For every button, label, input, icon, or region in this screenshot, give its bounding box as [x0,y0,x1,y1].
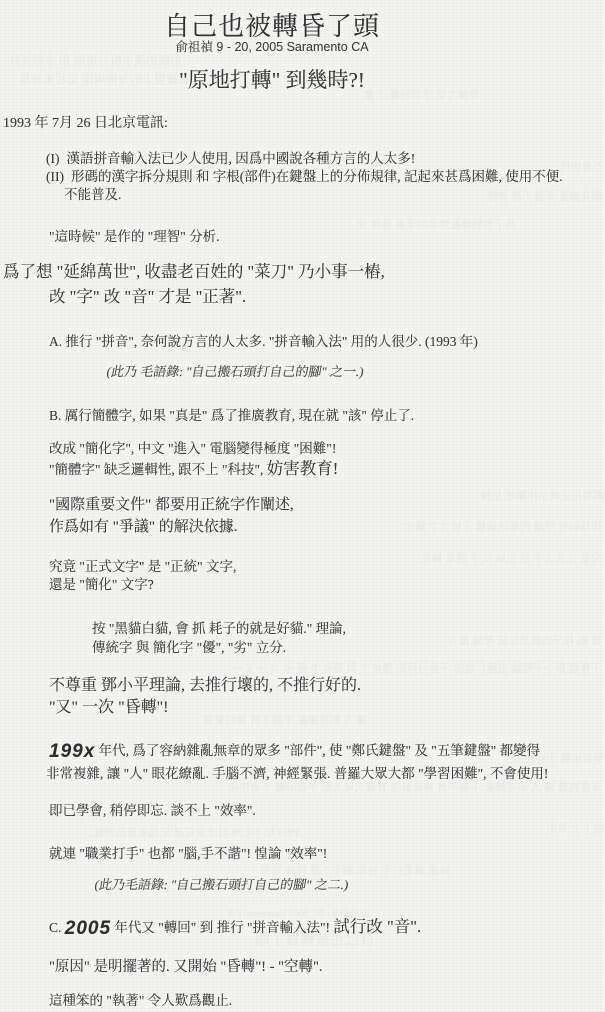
emphasis-try-sound: 試行改 "音". [333,917,421,936]
bleed-through-text: 談不上 效率 [540,820,604,836]
bleed-through-text: 都要用正統字作闡述 依據 [420,487,604,503]
question-line-2: 還是 "簡化" 文字? [49,573,154,593]
point-a-line: A. 推行 "拼音", 奈何說方言的人太多. "拼音輸入法" 用的人很少. (1… [49,330,478,350]
era-number: 199x [49,741,95,762]
point-c-prefix: C. [49,920,65,935]
list-item-2-label: (II) [46,169,64,185]
lead-line-2: 改 "字" 改 "音" 才是 "正著". [49,283,246,307]
question-line-1: 究竟 "正式文字" 是 "正統" 文字, [49,555,236,575]
list-item-1-text: 漢語拼音輸入法已少人使用, 因爲中國說各種方言的人太多! [67,151,416,166]
point-c-number: 2005 [65,918,111,939]
list-item-2-text: 形碼的漢字拆分規則 和 字根(部件)在鍵盤上的分佈規律, 記起來甚爲困難, 使用… [71,169,563,184]
typist-line: 就連 "職業打手" 也都 "腦,手不諧"! 惶論 "效率"! [49,842,327,862]
doc-byline: 俞祖禎 9 - 20, 2005 Saramento CA [0,37,544,55]
list-item-1: (I)漢語拼音輸入法已少人使用, 因爲中國說各種方言的人太多! [46,147,415,167]
era-line-2: 非常複雜, 讓 "人" 眼花繚亂. 手腦不濟, 神經緊張. 普羅大眾大都 "學習… [46,762,548,782]
point-c-mid-text: 年代又 "轉回" 到 推行 "拼音輸入法"! [111,920,333,935]
scanned-document-page: 形碼的漢字拆分規則 和 字根部件 在鍵盤上的分佈規律 記起來甚爲 普羅大眾 學習… [0,0,605,1012]
list-item-2: (II)形碼的漢字拆分規則 和 字根(部件)在鍵盤上的分佈規律, 記起來甚爲困難… [46,165,563,185]
emphasis-education: 妨害教育! [267,459,339,478]
intl-line-2: 作爲如有 "爭議" 的解決依據. [49,515,238,536]
bleed-through-text: 究竟 正式文字 是 正統 文字 還是 簡化 [300,550,602,566]
bleed-through-text: 眼花繚亂 手腦不濟 神經 [462,188,602,204]
bleed-through-text: 作爲如有 爭議 的解決依據 正統文字 簡化 [290,518,602,534]
point-b-line: B. 厲行簡體字, 如果 "真是" 爲了推廣教育, 現在就 "該" 停止了. [49,404,414,424]
cat-theory-line-1: 按 "黑貓白貓, 會 抓 耗子的就是好貓." 理論, [92,617,346,637]
simplified-line-2: "簡體字" 缺乏邏輯性, 跟不上 "科技", 妨害教育! [49,455,338,479]
mao-quote-1: (此乃 毛語錄: "自己搬石頭打自己的腳" 之一.) [105,361,365,380]
doc-heading: "原地打轉" 到幾時?! [0,64,544,94]
dateline: 1993 年 7月 26 日北京電訊: [3,112,168,132]
list-item-2-cont: 不能普及. [64,183,121,203]
bleed-through-text: 爲了容納雜亂無章的眾多 部件 使 [276,216,516,232]
cat-theory-line-2: 傳統字 與 簡化字 "優", "劣" 立分. [92,636,286,656]
mao-quote-2: (此乃毛語錄: "自己搬石頭打自己的腳" 之二.) [93,874,350,893]
era-line-1: 199x 年代, 爲了容納雜亂無章的眾多 "部件", 使 "鄭氏鍵盤" 及 "五… [49,739,540,763]
reason-line: "原因" 是明擺著的. 又開始 "昏轉"! - "空轉". [49,955,323,976]
bleed-through-text: 會 抓 耗子的就是好貓 理論 優劣 [420,632,602,648]
bleed-through-text: 1993 年 7月 26 日北京電訊 記起來甚爲困難 [0,824,300,840]
point-c-line: C. 2005 年代又 "轉回" 到 推行 "拼音輸入法"! 試行改 "音". [49,913,421,940]
learned-line: 即已學會, 稍停即忘. 談不上 "效率". [49,799,256,819]
simplified-line-2-text: "簡體字" 缺乏邏輯性, 跟不上 "科技", [49,462,267,477]
era-line-1-text: 年代, 爲了容納雜亂無章的眾多 "部件", 使 "鄭氏鍵盤" 及 "五筆鍵盤" … [95,743,540,758]
deng-line-2: "又" 一次 "昏轉"! [49,694,168,717]
simplified-line-1: 改成 "簡化字", 中文 "進入" 電腦變得極度 "困難"! [49,437,336,457]
closing-line: 這種笨的 "執著" 令人歎爲觀止. [49,989,232,1009]
deng-line-1: 不尊重 鄧小平理論, 去推行壞的, 不推行好的. [49,672,361,695]
analysis-line: "這時候" 是作的 "理智" 分析. [49,225,220,245]
lead-line-1: 爲了想 "延綿萬世", 收盡老百姓的 "菜刀" 乃小事一樁, [3,258,385,282]
intl-line-1: "國際重要文件" 都要用正統字作闡述, [49,493,294,514]
